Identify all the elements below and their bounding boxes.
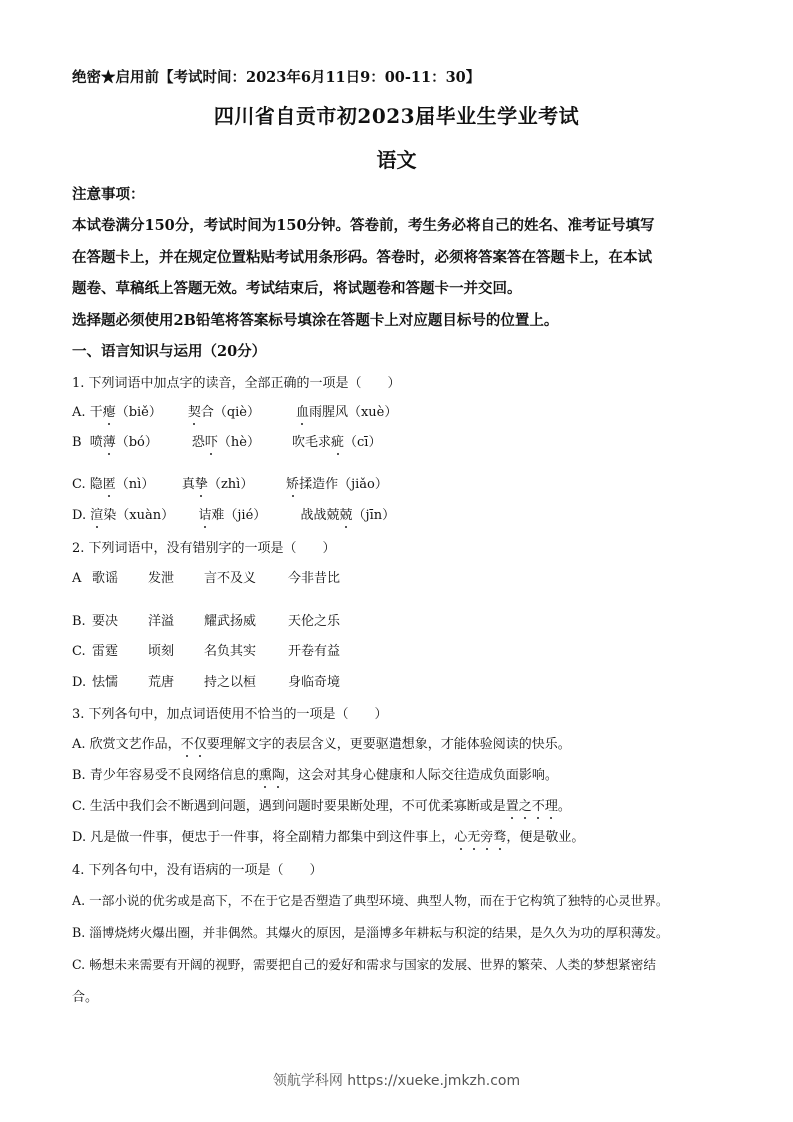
q2-option-a: A歌谣发泄言不及义今非昔比 <box>72 567 340 586</box>
exam-title: 四川省自贡市初2023届毕业生学业考试 <box>0 100 793 129</box>
emphasis-dot-char: 熏 <box>259 768 272 783</box>
q2-option-b: B.要决洋溢耀武扬威天伦之乐 <box>72 610 340 629</box>
emphasis-dot-char: 不 <box>532 799 545 814</box>
option-label: A <box>72 571 92 586</box>
q1-option-c: C. 隐匿（nì） 真挚（zhì） 矫揉造作（jiǎo） <box>72 473 388 492</box>
emphasis-dot-char: 不 <box>181 737 194 752</box>
notice-line: 本试卷满分150分，考试时间为150分钟。答卷前，考生务必将自己的姓名、准考证号… <box>72 214 655 235</box>
emphasis-dot-char: 骛 <box>493 830 506 845</box>
q4-option-b: B. 淄博烧烤火爆出圈，并非偶然。其爆火的原因，是淄博多年耕耘与积淀的结果，是久… <box>72 922 669 941</box>
option-label: D. <box>72 675 92 690</box>
q1-b-item: 喷薄（bó） <box>90 431 188 450</box>
question-1-stem: 1. 下列词语中加点字的读音，全部正确的一项是（ ） <box>72 372 401 391</box>
q1-a-item: 干瘪（biě） <box>90 401 184 420</box>
emphasis-dot-char: 矫 <box>286 477 299 492</box>
q2-option-d: D.怯懦荒唐持之以桓身临奇境 <box>72 671 340 690</box>
option-label: B. <box>72 768 86 783</box>
emphasis-dot-char: 血 <box>296 405 309 420</box>
emphasis-dot-char: 挚 <box>195 477 208 492</box>
emphasis-dot-char: 兢 <box>340 508 353 523</box>
q1-b-item: 恐吓（hè） <box>192 431 288 450</box>
watermark-footer: 领航学科网 https://xueke.jmkzh.com <box>0 1070 793 1090</box>
emphasis-dot-char: 无 <box>467 830 480 845</box>
option-label: D. <box>72 830 86 845</box>
emphasis-dot-char: 薄 <box>103 435 116 450</box>
question-4-stem: 4. 下列各句中，没有语病的一项是（ ） <box>72 859 323 878</box>
q1-option-a: A. 干瘪（biě） 契合（qiè） 血雨腥风（xuè） <box>72 401 397 420</box>
q4-option-c-continuation: 合。 <box>72 986 98 1005</box>
emphasis-dot-char: 理 <box>545 799 558 814</box>
q1-option-b: B 喷薄（bó） 恐吓（hè） 吹毛求疵（cī） <box>72 431 381 450</box>
q4-option-c: C. 畅想未来需要有开阔的视野，需要把自己的爱好和需求与国家的发展、世界的繁荣、… <box>72 954 656 973</box>
q1-c-item: 真挚（zhì） <box>182 473 282 492</box>
q3-option-d: D. 凡是做一件事，便忠于一件事，将全副精力都集中到这件事上，心无旁骛，便是敬业… <box>72 826 584 845</box>
emphasis-dot-word: 不仅 <box>181 737 207 752</box>
q1-d-item: 诘难（jié） <box>198 504 296 523</box>
q1-a-item: 契合（qiè） <box>188 401 292 420</box>
option-label: B <box>72 435 82 450</box>
q1-b-item: 吹毛求疵（cī） <box>292 431 381 450</box>
question-3-stem: 3. 下列各句中，加点词语使用不恰当的一项是（ ） <box>72 703 388 722</box>
emphasis-dot-char: 瘪 <box>103 405 116 420</box>
q4-option-a: A. 一部小说的优劣或是高下，不在于它是否塑造了典型环境、典型人物，而在于它构筑… <box>72 890 668 909</box>
emphasis-dot-char: 疵 <box>331 435 344 450</box>
emphasis-dot-char: 心 <box>454 830 467 845</box>
option-label: C. <box>72 799 86 814</box>
emphasis-dot-char: 陶 <box>272 768 285 783</box>
option-label: B. <box>72 925 85 940</box>
q3-option-a: A. 欣赏文艺作品，不仅要理解文字的表层含义，更要驱遣想象，才能体验阅读的快乐。 <box>72 733 571 752</box>
notice-line: 题卷、草稿纸上答题无效。考试结束后，将试题卷和答题卡一并交回。 <box>72 277 522 298</box>
q1-c-item: 矫揉造作（jiǎo） <box>286 473 388 492</box>
q1-a-item: 血雨腥风（xuè） <box>296 401 397 420</box>
q1-option-d: D. 渲染（xuàn） 诘难（jié） 战战兢兢（jīn） <box>72 504 395 523</box>
emphasis-dot-char: 吓 <box>205 435 218 450</box>
emphasis-dot-char: 置 <box>506 799 519 814</box>
option-label: C. <box>72 957 85 972</box>
emphasis-dot-char: 旁 <box>480 830 493 845</box>
option-label: A. <box>72 405 86 420</box>
emphasis-dot-word: 熏陶 <box>259 768 285 783</box>
option-label: B. <box>72 614 92 629</box>
option-label: C. <box>72 644 92 659</box>
emphasis-dot-char: 仅 <box>194 737 207 752</box>
notice-heading: 注意事项： <box>72 183 145 204</box>
notice-line: 选择题必须使用2B铅笔将答案标号填涂在答题卡上对应题目标号的位置上。 <box>72 309 558 330</box>
notice-line: 在答题卡上，并在规定位置粘贴考试用条形码。答卷时，必须将答案答在答题卡上，在本试 <box>72 246 652 267</box>
emphasis-dot-char: 诘 <box>198 508 211 523</box>
emphasis-dot-char: 契 <box>188 405 201 420</box>
emphasis-dot-char: 之 <box>519 799 532 814</box>
confidential-header: 绝密★启用前【考试时间：2023年6月11日9：00-11：30】 <box>72 66 480 87</box>
option-label: D. <box>72 508 86 523</box>
section-heading: 一、语言知识与运用（20分） <box>72 340 266 361</box>
emphasis-dot-word: 置之不理 <box>506 799 558 814</box>
q1-d-item: 战战兢兢（jīn） <box>301 504 396 523</box>
subject-title: 语文 <box>0 144 793 173</box>
q3-option-b: B. 青少年容易受不良网络信息的熏陶，这会对其身心健康和人际交往造成负面影响。 <box>72 764 558 783</box>
q1-c-item: 隐匿（nì） <box>90 473 178 492</box>
q3-option-c: C. 生活中我们会不断遇到问题，遇到问题时要果断处理，不可优柔寡断或是置之不理。 <box>72 795 571 814</box>
q2-option-c: C.雷霆顷刻名负其实开卷有益 <box>72 640 340 659</box>
exam-page: 绝密★启用前【考试时间：2023年6月11日9：00-11：30】 四川省自贡市… <box>0 0 793 1122</box>
option-label: C. <box>72 477 86 492</box>
option-label: A. <box>72 737 86 752</box>
q1-d-item: 渲染（xuàn） <box>90 504 194 523</box>
question-2-stem: 2. 下列词语中，没有错别字的一项是（ ） <box>72 537 336 556</box>
emphasis-dot-word: 心无旁骛 <box>454 830 506 845</box>
emphasis-dot-char: 渲 <box>90 508 103 523</box>
option-label: A. <box>72 893 85 908</box>
emphasis-dot-char: 匿 <box>103 477 116 492</box>
